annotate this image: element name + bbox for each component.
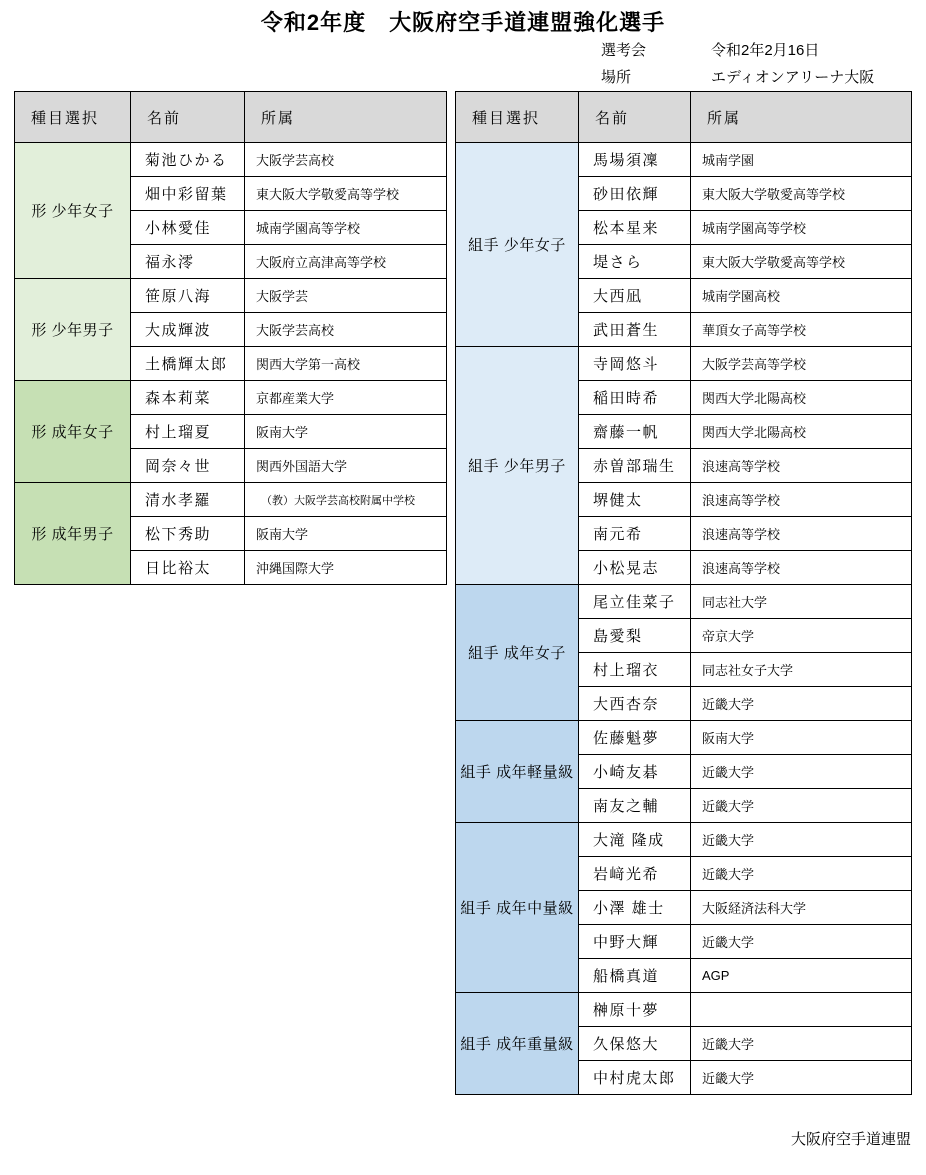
affiliation-cell: 浪速高等学校 (691, 517, 912, 551)
page-title: 令和2年度 大阪府空手道連盟強化選手 (0, 6, 926, 37)
meta-block: 選考会 令和2年2月16日 場所 エディオンアリーナ大阪 (601, 41, 874, 87)
selection-date: 令和2年2月16日 (711, 41, 874, 60)
category-cell: 形 成年女子 (15, 381, 131, 483)
category-cell: 組手 成年重量級 (456, 993, 579, 1095)
athlete-name-cell: 大西杏奈 (579, 687, 691, 721)
athlete-name-cell: 笹原八海 (131, 279, 245, 313)
affiliation-cell: 大阪学芸高校 (245, 313, 447, 347)
category-cell: 形 少年男子 (15, 279, 131, 381)
athlete-name-cell: 小澤 雄士 (579, 891, 691, 925)
athlete-name-cell: 大西凪 (579, 279, 691, 313)
table-row: 組手 成年軽量級佐藤魁夢阪南大学 (456, 721, 912, 755)
affiliation-cell: 城南学園高等学校 (245, 211, 447, 245)
affiliation-cell: 同志社大学 (691, 585, 912, 619)
athlete-name-cell: 榊原十夢 (579, 993, 691, 1027)
table-row: 形 少年男子笹原八海大阪学芸 (15, 279, 447, 313)
athlete-name-cell: 大滝 隆成 (579, 823, 691, 857)
athlete-name-cell: 佐藤魁夢 (579, 721, 691, 755)
athlete-name-cell: 中野大輝 (579, 925, 691, 959)
affiliation-cell: 城南学園 (691, 143, 912, 177)
athlete-name-cell: 森本莉菜 (131, 381, 245, 415)
athlete-name-cell: 堤さら (579, 245, 691, 279)
affiliation-cell: 近畿大学 (691, 789, 912, 823)
athlete-name-cell: 南元希 (579, 517, 691, 551)
affiliation-cell: 華頂女子高等学校 (691, 313, 912, 347)
affiliation-cell: 関西大学北陽高校 (691, 415, 912, 449)
affiliation-cell: 大阪学芸高等学校 (691, 347, 912, 381)
place-value: エディオンアリーナ大阪 (711, 68, 874, 87)
affiliation-cell: 東大阪大学敬愛高等学校 (245, 177, 447, 211)
place-label: 場所 (601, 68, 711, 87)
athlete-name-cell: 稲田時希 (579, 381, 691, 415)
table-row: 形 成年女子森本莉菜京都産業大学 (15, 381, 447, 415)
athlete-name-cell: 福永澪 (131, 245, 245, 279)
affiliation-cell: 大阪学芸高校 (245, 143, 447, 177)
affiliation-cell: 大阪学芸 (245, 279, 447, 313)
column-header-1: 名前 (579, 92, 691, 143)
athlete-name-cell: 船橋真道 (579, 959, 691, 993)
affiliation-cell: 同志社女子大学 (691, 653, 912, 687)
athlete-name-cell: 岡奈々世 (131, 449, 245, 483)
table-row: 組手 成年重量級榊原十夢 (456, 993, 912, 1027)
kata-table-body: 形 少年女子菊池ひかる大阪学芸高校畑中彩留葉東大阪大学敬愛高等学校小林愛佳城南学… (15, 143, 447, 585)
affiliation-cell: 近畿大学 (691, 1027, 912, 1061)
athlete-name-cell: 小松晃志 (579, 551, 691, 585)
affiliation-cell: 浪速高等学校 (691, 551, 912, 585)
affiliation-cell: 浪速高等学校 (691, 449, 912, 483)
selection-label: 選考会 (601, 41, 711, 60)
affiliation-cell (691, 993, 912, 1027)
athlete-name-cell: 赤曽部瑞生 (579, 449, 691, 483)
athlete-name-cell: 村上瑠衣 (579, 653, 691, 687)
affiliation-cell: 阪南大学 (245, 415, 447, 449)
kata-table: 種目選択名前所属 形 少年女子菊池ひかる大阪学芸高校畑中彩留葉東大阪大学敬愛高等… (14, 91, 447, 585)
athlete-name-cell: 砂田依輝 (579, 177, 691, 211)
affiliation-cell: 近畿大学 (691, 857, 912, 891)
category-cell: 組手 成年女子 (456, 585, 579, 721)
athlete-name-cell: 武田蒼生 (579, 313, 691, 347)
category-cell: 形 少年女子 (15, 143, 131, 279)
affiliation-cell: 関西大学北陽高校 (691, 381, 912, 415)
affiliation-cell: （教）大阪学芸高校附属中学校 (245, 483, 447, 517)
athlete-name-cell: 清水孝羅 (131, 483, 245, 517)
table-row: 組手 少年男子寺岡悠斗大阪学芸高等学校 (456, 347, 912, 381)
column-header-0: 種目選択 (456, 92, 579, 143)
table-row: 組手 少年女子馬場須凜城南学園 (456, 143, 912, 177)
category-cell: 組手 成年軽量級 (456, 721, 579, 823)
athlete-name-cell: 中村虎太郎 (579, 1061, 691, 1095)
affiliation-cell: 近畿大学 (691, 1061, 912, 1095)
athlete-name-cell: 島愛梨 (579, 619, 691, 653)
affiliation-cell: 東大阪大学敬愛高等学校 (691, 177, 912, 211)
athlete-name-cell: 寺岡悠斗 (579, 347, 691, 381)
athlete-name-cell: 大成輝波 (131, 313, 245, 347)
athlete-name-cell: 堺健太 (579, 483, 691, 517)
category-cell: 組手 少年女子 (456, 143, 579, 347)
table-row: 形 少年女子菊池ひかる大阪学芸高校 (15, 143, 447, 177)
athlete-name-cell: 小林愛佳 (131, 211, 245, 245)
affiliation-cell: 大阪府立高津高等学校 (245, 245, 447, 279)
category-cell: 組手 成年中量級 (456, 823, 579, 993)
athlete-name-cell: 南友之輔 (579, 789, 691, 823)
athlete-name-cell: 土橋輝太郎 (131, 347, 245, 381)
table-row: 形 成年男子清水孝羅（教）大阪学芸高校附属中学校 (15, 483, 447, 517)
column-header-2: 所属 (245, 92, 447, 143)
affiliation-cell: 城南学園高校 (691, 279, 912, 313)
affiliation-cell: 京都産業大学 (245, 381, 447, 415)
affiliation-cell: 近畿大学 (691, 925, 912, 959)
athlete-name-cell: 小崎友碁 (579, 755, 691, 789)
kumite-table-header: 種目選択名前所属 (456, 92, 912, 143)
athlete-name-cell: 馬場須凜 (579, 143, 691, 177)
affiliation-cell: 大阪経済法科大学 (691, 891, 912, 925)
category-cell: 組手 少年男子 (456, 347, 579, 585)
affiliation-cell: 浪速高等学校 (691, 483, 912, 517)
athlete-name-cell: 久保悠大 (579, 1027, 691, 1061)
column-header-0: 種目選択 (15, 92, 131, 143)
athlete-name-cell: 齋藤一帆 (579, 415, 691, 449)
column-header-1: 名前 (131, 92, 245, 143)
affiliation-cell: 阪南大学 (245, 517, 447, 551)
affiliation-cell: 近畿大学 (691, 823, 912, 857)
athlete-name-cell: 松下秀助 (131, 517, 245, 551)
athlete-name-cell: 尾立佳菜子 (579, 585, 691, 619)
footer-organization: 大阪府空手道連盟 (0, 1128, 911, 1149)
table-row: 組手 成年女子尾立佳菜子同志社大学 (456, 585, 912, 619)
athlete-name-cell: 村上瑠夏 (131, 415, 245, 449)
affiliation-cell: 帝京大学 (691, 619, 912, 653)
affiliation-cell: 関西大学第一高校 (245, 347, 447, 381)
athlete-name-cell: 日比裕太 (131, 551, 245, 585)
category-cell: 形 成年男子 (15, 483, 131, 585)
affiliation-cell: 沖縄国際大学 (245, 551, 447, 585)
athlete-name-cell: 菊池ひかる (131, 143, 245, 177)
athlete-name-cell: 松本星来 (579, 211, 691, 245)
affiliation-cell: AGP (691, 959, 912, 993)
athlete-name-cell: 畑中彩留葉 (131, 177, 245, 211)
column-header-2: 所属 (691, 92, 912, 143)
affiliation-cell: 近畿大学 (691, 687, 912, 721)
affiliation-cell: 近畿大学 (691, 755, 912, 789)
affiliation-cell: 東大阪大学敬愛高等学校 (691, 245, 912, 279)
athlete-name-cell: 岩﨑光希 (579, 857, 691, 891)
affiliation-cell: 阪南大学 (691, 721, 912, 755)
affiliation-cell: 関西外国語大学 (245, 449, 447, 483)
table-row: 組手 成年中量級大滝 隆成近畿大学 (456, 823, 912, 857)
kumite-table: 種目選択名前所属 組手 少年女子馬場須凜城南学園砂田依輝東大阪大学敬愛高等学校松… (455, 91, 912, 1095)
kata-table-header: 種目選択名前所属 (15, 92, 447, 143)
kumite-table-body: 組手 少年女子馬場須凜城南学園砂田依輝東大阪大学敬愛高等学校松本星来城南学園高等… (456, 143, 912, 1095)
affiliation-cell: 城南学園高等学校 (691, 211, 912, 245)
